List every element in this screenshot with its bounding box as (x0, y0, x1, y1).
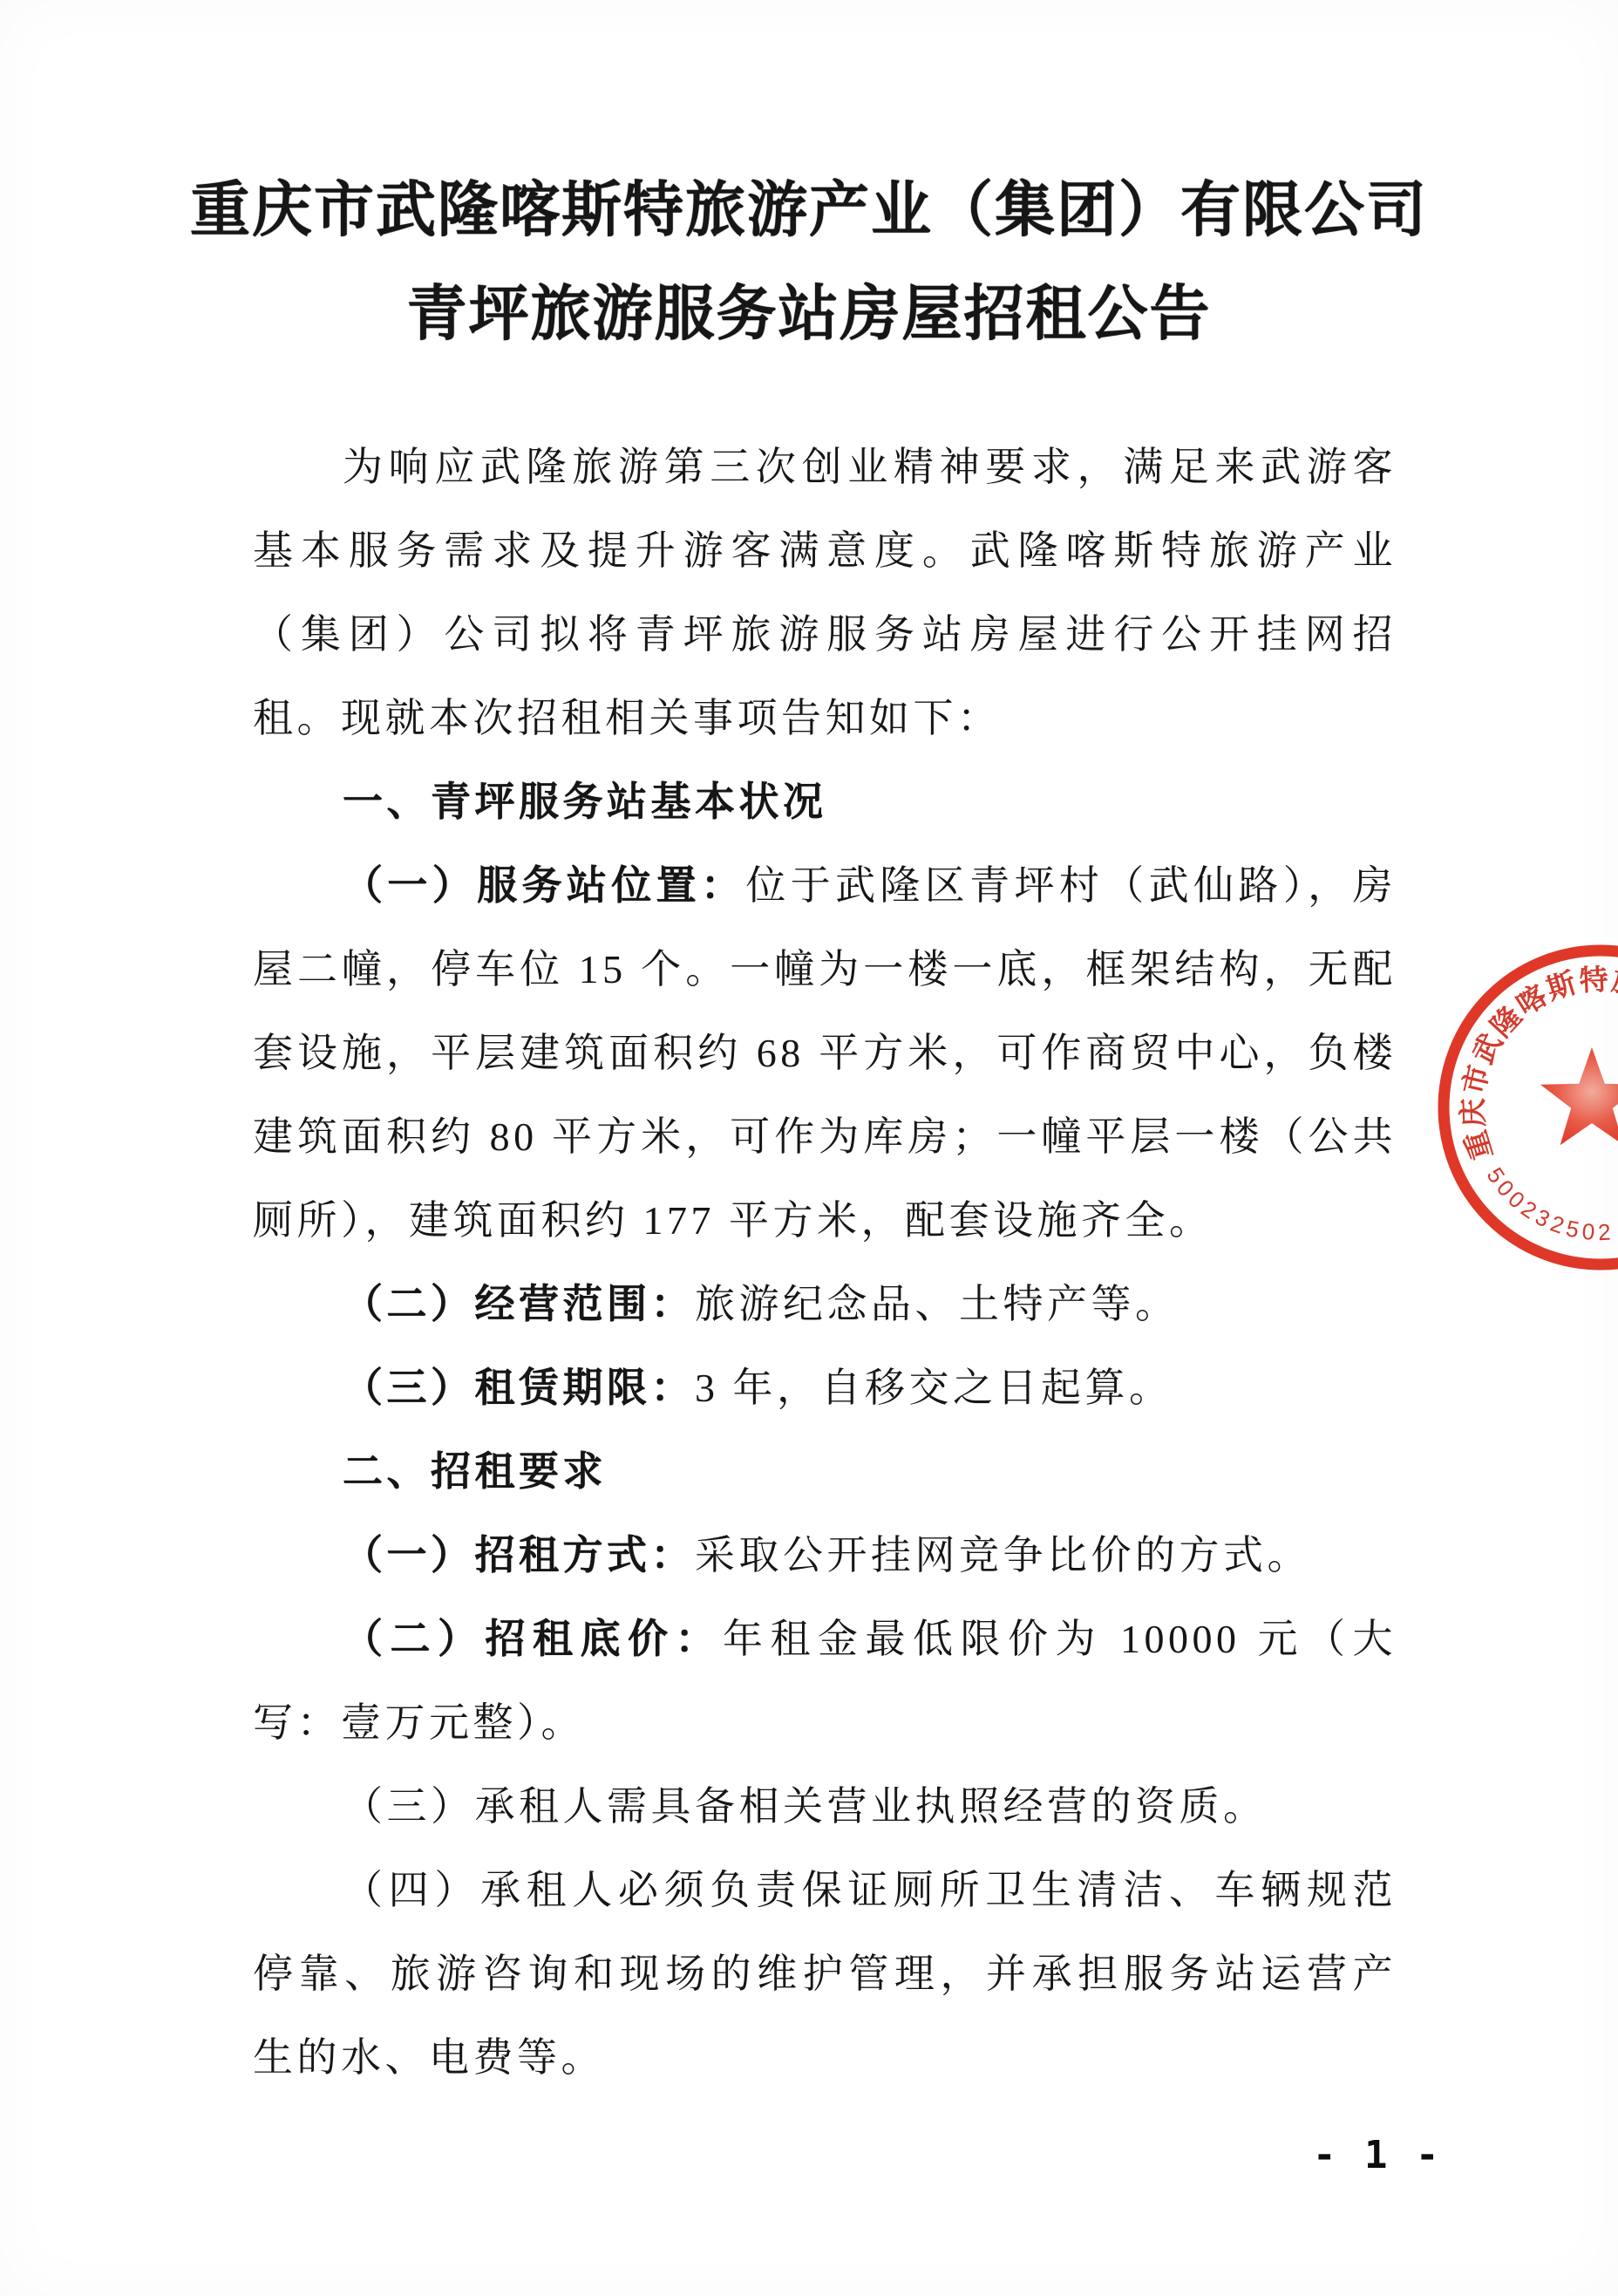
paragraph: （二）经营范围：旅游纪念品、土特产等。 (253, 1263, 1397, 1346)
paragraph-label: 一、青坪服务站基本状况 (343, 780, 827, 824)
paragraph: （四）承租人必须负责保证厕所卫生清洁、车辆规范停靠、旅游咨询和现场的维护管理，并… (253, 1849, 1397, 2100)
paragraph: 为响应武隆旅游第三次创业精神要求，满足来武游客基本服务需求及提升游客满意度。武隆… (253, 426, 1397, 760)
title-line-1: 重庆市武隆喀斯特旅游产业（集团）有限公司 (0, 159, 1618, 262)
paragraph-text: 位于武隆区青坪村（武仙路），房屋二幢，停车位 15 个。一幢为一楼一底，框架结构… (253, 863, 1397, 1243)
title-line-2: 青坪旅游服务站房屋招租公告 (0, 262, 1618, 366)
paragraph: （一）招租方式：采取公开挂网竞争比价的方式。 (253, 1514, 1397, 1598)
paragraph-text: 为响应武隆旅游第三次创业精神要求，满足来武游客基本服务需求及提升游客满意度。武隆… (253, 445, 1397, 740)
paragraph-text: （四）承租人必须负责保证厕所卫生清洁、车辆规范停靠、旅游咨询和现场的维护管理，并… (253, 1868, 1397, 2080)
section-heading: 二、招租要求 (253, 1430, 1397, 1514)
paragraph-label: 二、招租要求 (343, 1449, 607, 1494)
paragraph-text: 3 年，自移交之日起算。 (695, 1366, 1173, 1410)
paragraph-text: 旅游纪念品、土特产等。 (695, 1282, 1180, 1326)
document-title: 重庆市武隆喀斯特旅游产业（集团）有限公司 青坪旅游服务站房屋招租公告 (0, 159, 1618, 366)
paragraph-label: （一）招租方式： (343, 1533, 695, 1577)
document-page: 重庆市武隆喀斯特旅游产业（集团）有限公司 青坪旅游服务站房屋招租公告 为响应武隆… (0, 0, 1618, 2296)
paragraph-label: （一）服务站位置： (343, 863, 745, 908)
document-body: 为响应武隆旅游第三次创业精神要求，满足来武游客基本服务需求及提升游客满意度。武隆… (253, 426, 1397, 2100)
paragraph-text: 采取公开挂网竞争比价的方式。 (695, 1533, 1311, 1577)
paragraph-text: （三）承租人需具备相关营业执照经营的资质。 (343, 1784, 1268, 1829)
paragraph: （一）服务站位置：位于武隆区青坪村（武仙路），房屋二幢，停车位 15 个。一幢为… (253, 844, 1397, 1263)
section-heading: 一、青坪服务站基本状况 (253, 760, 1397, 844)
paragraph-label: （二）招租底价： (343, 1617, 723, 1661)
official-seal: 重庆市武隆喀斯特旅游 500232502 (1426, 933, 1618, 1282)
seal-star-icon (1540, 1047, 1618, 1145)
paragraph: （三）租赁期限：3 年，自移交之日起算。 (253, 1346, 1397, 1430)
paragraph: （二）招租底价：年租金最低限价为 10000 元（大写：壹万元整）。 (253, 1598, 1397, 1765)
paragraph-label: （三）租赁期限： (343, 1366, 695, 1410)
page-number: - 1 - (1313, 2133, 1441, 2177)
paragraph-label: （二）经营范围： (343, 1282, 695, 1326)
paragraph: （三）承租人需具备相关营业执照经营的资质。 (253, 1765, 1397, 1849)
